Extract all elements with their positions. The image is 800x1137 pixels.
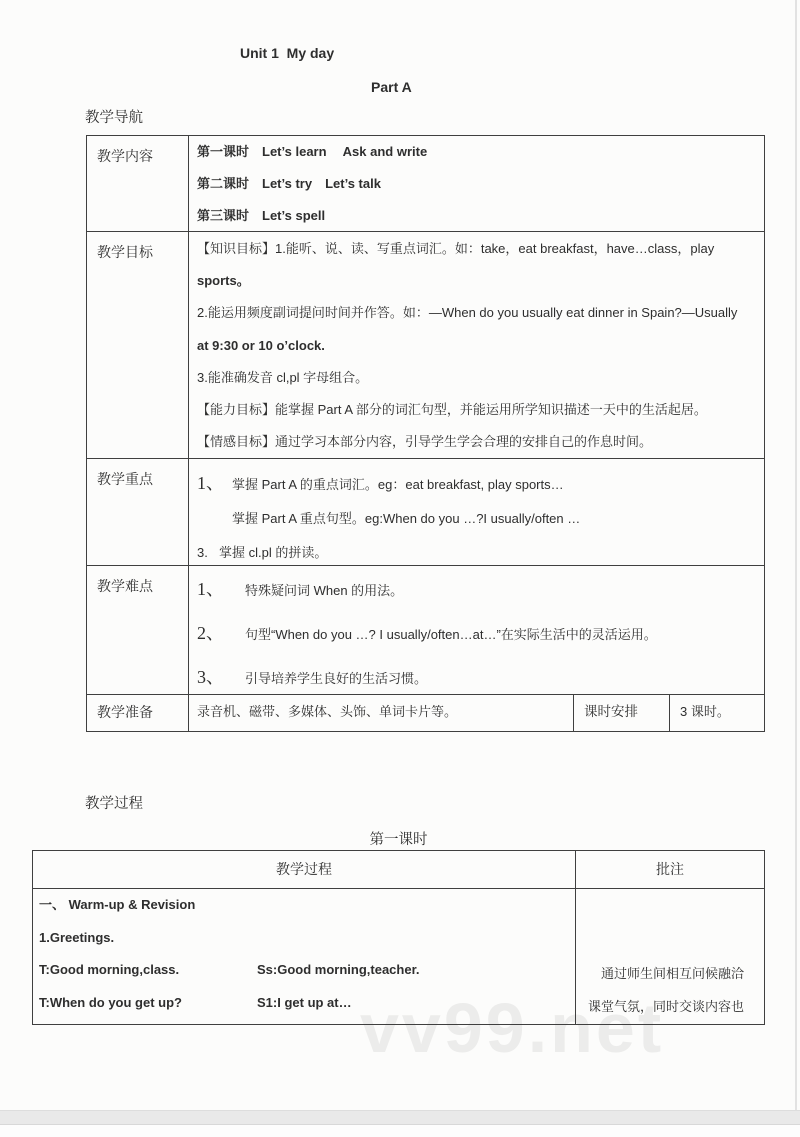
row-label-objectives: 教学目标: [87, 232, 189, 458]
teaching-process-table: 教学过程 批注 一、 Warm-up & Revision 1.Greeting…: [32, 850, 765, 1025]
table-row-preparation: 教学准备 录音机、磁带、多媒体、头饰、单词卡片等。 课时安排 3 课时。: [87, 695, 764, 731]
table-row-content: 教学内容 第一课时 Let’s learn Ask and write 第二课时…: [87, 136, 764, 232]
header-notes: 批注: [576, 851, 764, 888]
objective-line: sports。: [197, 265, 756, 297]
item-number: 1、: [197, 466, 232, 500]
key-point-text: 掌握 cl.pl 的拼读。: [219, 545, 327, 560]
key-point-text: 掌握 Part A 重点句型。eg:When do you …?I usuall…: [232, 511, 580, 526]
difficult-point-text: 句型“When do you …? I usually/often…at…”在实…: [245, 627, 657, 642]
document-page: vv99.net Unit 1 My day Part A 教学导航 教学内容 …: [0, 0, 800, 1137]
key-point-text: 掌握 Part A 的重点词汇。eg：eat breakfast, play s…: [232, 477, 564, 492]
teacher-utterance: T:When do you get up?: [39, 987, 257, 1020]
teacher-utterance: T:Good morning,class.: [39, 954, 257, 987]
item-number: 3.: [197, 536, 219, 565]
process-line: 1.Greetings.: [39, 922, 569, 955]
lesson-line: 第三课时 Let’s spell: [197, 200, 756, 231]
row-label-difficult-points: 教学难点: [87, 566, 189, 694]
schedule-label: 课时安排: [574, 695, 670, 731]
row-label-preparation: 教学准备: [87, 695, 189, 731]
item-number: 3、: [197, 656, 245, 694]
note-line: 课堂气氛，同时交谈内容也: [588, 990, 758, 1023]
lesson-line: 第一课时 Let’s learn Ask and write: [197, 136, 756, 168]
header-process: 教学过程: [33, 851, 576, 888]
table-row-objectives: 教学目标 【知识目标】1.能听、说、读、写重点词汇。如：take，eat bre…: [87, 232, 764, 459]
next-page-top: [0, 1125, 800, 1137]
process-table-body: 一、 Warm-up & Revision 1.Greetings. T:Goo…: [33, 889, 764, 1024]
table-row-difficult-points: 教学难点 1、特殊疑问词 When 的用法。 2、句型“When do you …: [87, 566, 764, 695]
process-steps-cell: 一、 Warm-up & Revision 1.Greetings. T:Goo…: [33, 889, 576, 1024]
key-point-line: 掌握 Part A 重点句型。eg:When do you …?I usuall…: [197, 502, 756, 536]
student-utterance: Ss:Good morning,teacher.: [257, 962, 420, 977]
key-point-line: 1、掌握 Part A 的重点词汇。eg：eat breakfast, play…: [197, 466, 756, 502]
preparation-text: 录音机、磁带、多媒体、头饰、单词卡片等。: [189, 695, 574, 731]
student-utterance: S1:I get up at…: [257, 995, 352, 1010]
teaching-process-heading: 教学过程: [85, 792, 143, 813]
objective-line: at 9:30 or 10 o’clock.: [197, 330, 756, 362]
difficult-point-line: 2、句型“When do you …? I usually/often…at…”…: [197, 612, 756, 656]
notes-cell: 通过师生间相互问候融洽 课堂气氛，同时交谈内容也: [576, 889, 764, 1024]
process-line: 一、 Warm-up & Revision: [39, 889, 569, 922]
objective-line: 3.能准确发音 cl,pl 字母组合。: [197, 362, 756, 394]
unit-title: Unit 1 My day: [240, 45, 334, 61]
objective-line: 【能力目标】能掌握 Part A 部分的词汇句型，并能运用所学知识描述一天中的生…: [197, 394, 756, 426]
row-label-content: 教学内容: [87, 136, 189, 231]
lesson-line: 第二课时 Let’s try Let’s talk: [197, 168, 756, 200]
row-label-key-points: 教学重点: [87, 459, 189, 565]
schedule-value: 3 课时。: [670, 695, 764, 731]
objective-line: 2.能运用频度副词提问时间并作答。如：—When do you usually …: [197, 297, 756, 329]
teaching-nav-table: 教学内容 第一课时 Let’s learn Ask and write 第二课时…: [86, 135, 765, 732]
objective-line: 【情感目标】通过学习本部分内容，引导学生学会合理的安排自己的作息时间。: [197, 426, 756, 458]
teaching-nav-heading: 教学导航: [85, 106, 143, 127]
difficult-point-line: 1、特殊疑问词 When 的用法。: [197, 568, 756, 612]
page-separator-band: [0, 1110, 800, 1125]
key-point-line: 3.掌握 cl.pl 的拼读。: [197, 536, 756, 565]
difficult-point-text: 特殊疑问词 When 的用法。: [245, 583, 403, 598]
difficult-point-text: 引导培养学生良好的生活习惯。: [245, 671, 427, 686]
first-lesson-heading: 第一课时: [32, 828, 765, 849]
key-points-cell: 1、掌握 Part A 的重点词汇。eg：eat breakfast, play…: [189, 459, 764, 565]
process-table-header: 教学过程 批注: [33, 851, 764, 889]
difficult-point-line: 3、引导培养学生良好的生活习惯。: [197, 656, 756, 694]
difficult-points-cell: 1、特殊疑问词 When 的用法。 2、句型“When do you …? I …: [189, 566, 764, 694]
objective-line: 【知识目标】1.能听、说、读、写重点词汇。如：take，eat breakfas…: [197, 233, 756, 265]
page-right-edge: [795, 0, 797, 1110]
part-subtitle: Part A: [371, 79, 412, 95]
item-number: 1、: [197, 568, 245, 611]
process-line: T:When do you get up?S1:I get up at…: [39, 987, 569, 1020]
process-line: T:Good morning,class.Ss:Good morning,tea…: [39, 954, 569, 987]
objectives-cell: 【知识目标】1.能听、说、读、写重点词汇。如：take，eat breakfas…: [189, 232, 764, 458]
note-line: 通过师生间相互问候融洽: [588, 957, 758, 990]
lessons-cell: 第一课时 Let’s learn Ask and write 第二课时 Let’…: [189, 136, 764, 231]
table-row-key-points: 教学重点 1、掌握 Part A 的重点词汇。eg：eat breakfast,…: [87, 459, 764, 566]
item-number: 2、: [197, 612, 245, 655]
